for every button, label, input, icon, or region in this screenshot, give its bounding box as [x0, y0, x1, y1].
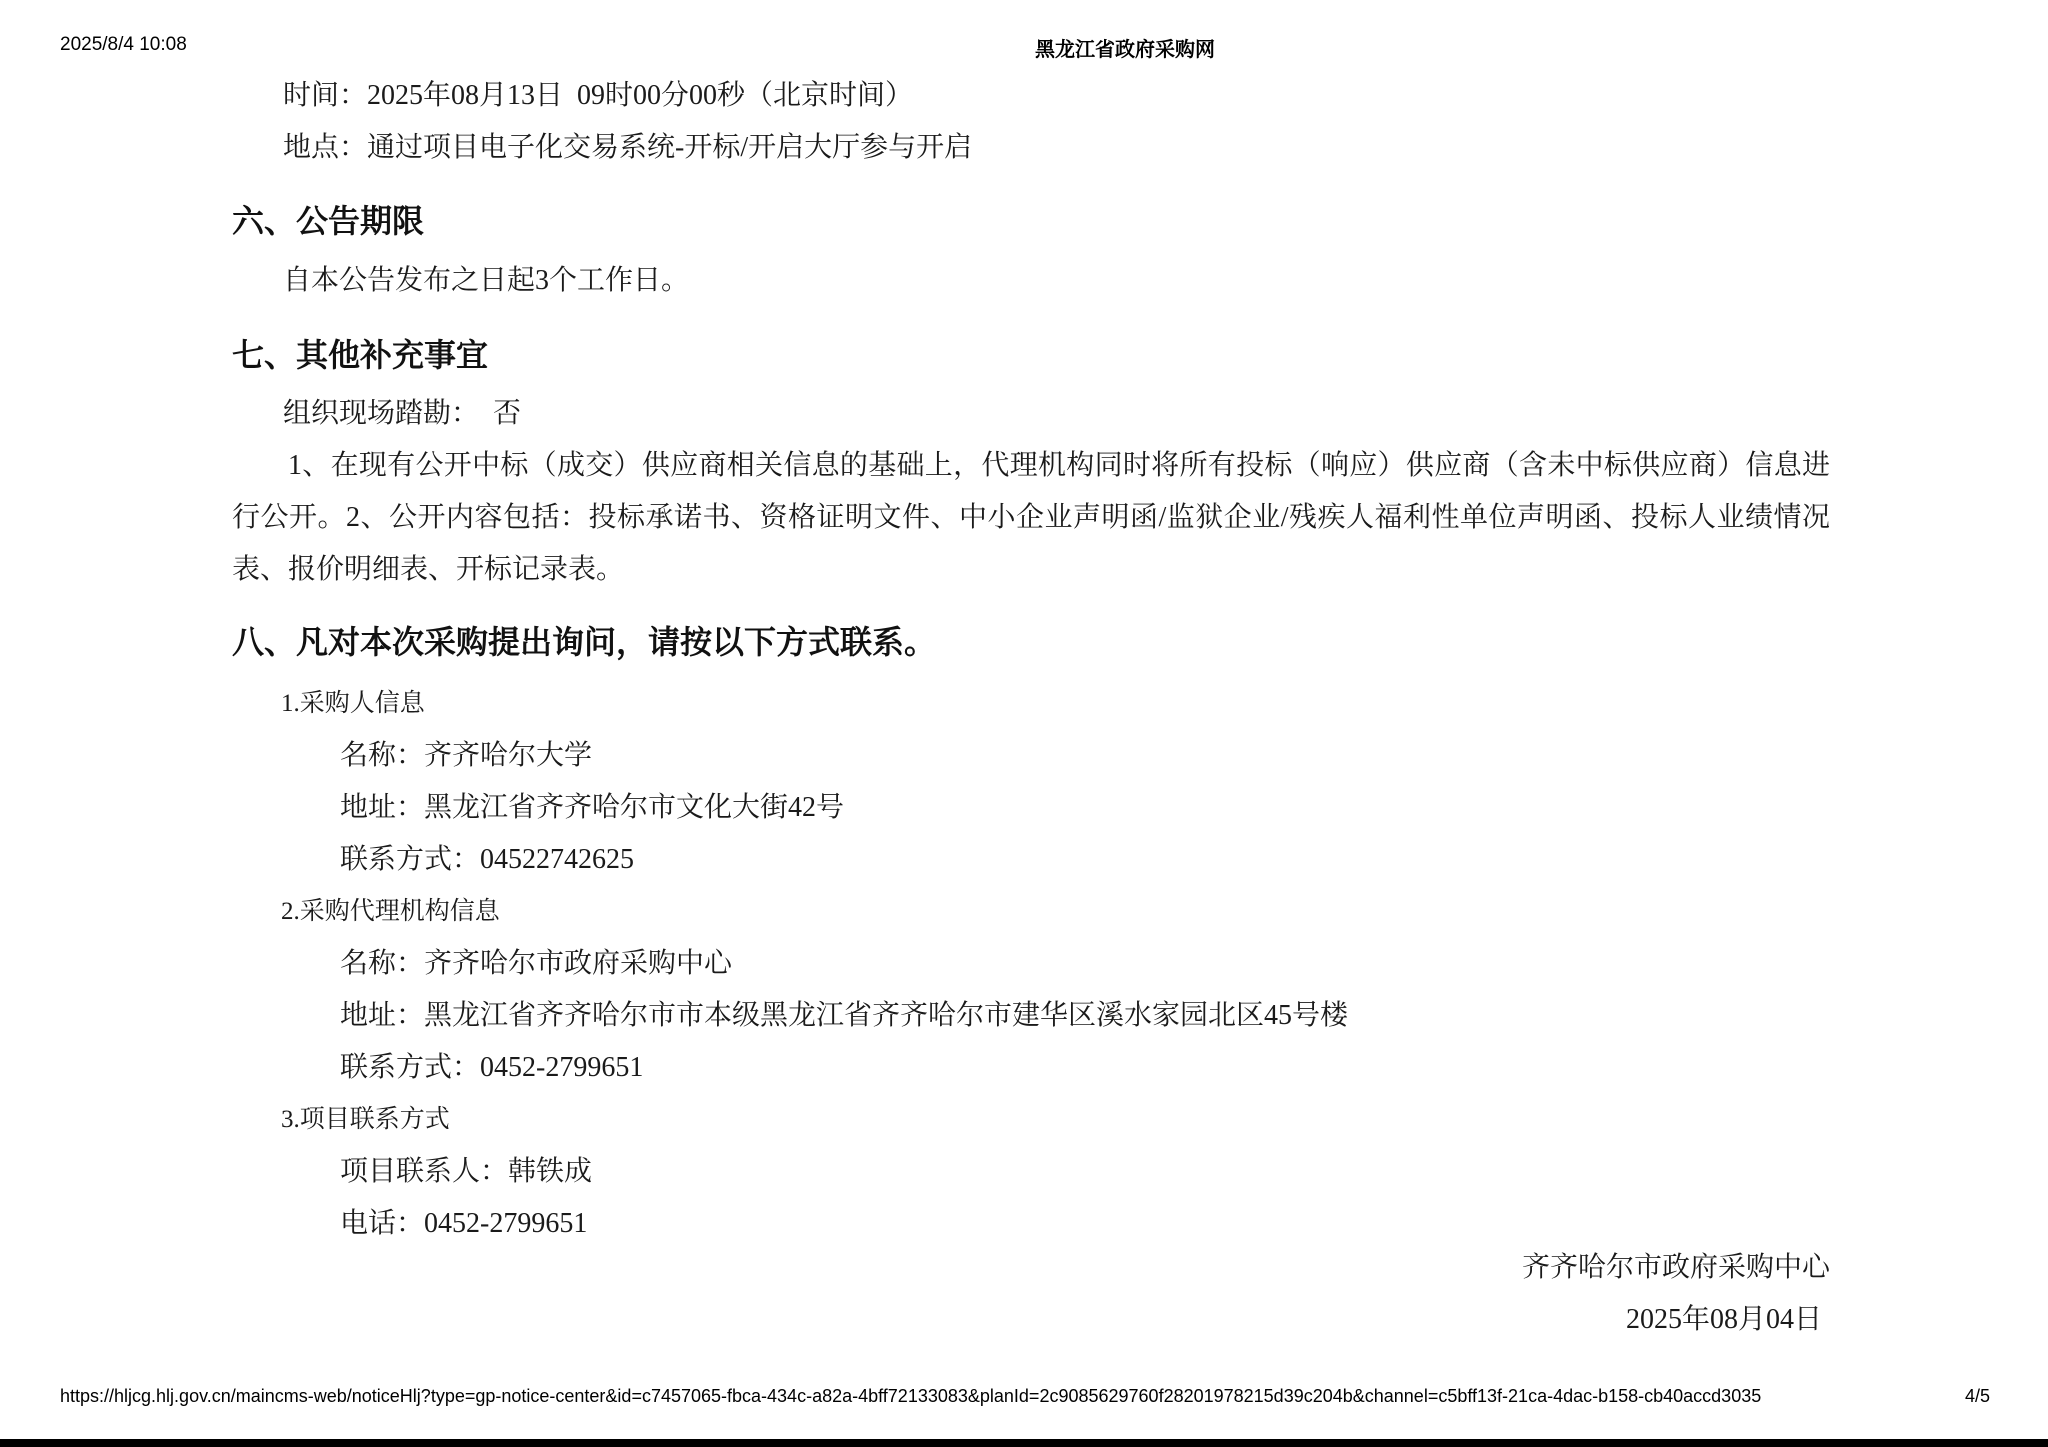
notice-document: 时间：2025年08月13日 09时00分00秒（北京时间） 地点：通过项目电子…	[232, 70, 1830, 1346]
signature-date: 2025年08月04日	[232, 1294, 1830, 1346]
opening-place-line: 地点：通过项目电子化交易系统-开标/开启大厅参与开启	[232, 122, 1830, 174]
signature-block: 齐齐哈尔市政府采购中心 2025年08月04日	[232, 1242, 1830, 1346]
section-heading-supplementary: 七、其他补充事宜	[232, 327, 1830, 383]
supplementary-paragraph: 1、在现有公开中标（成交）供应商相关信息的基础上，代理机构同时将所有投标（响应）…	[232, 440, 1830, 596]
agency-address-line: 地址：黑龙江省齐齐哈尔市市本级黑龙江省齐齐哈尔市建华区溪水家园北区45号楼	[232, 990, 1830, 1042]
section-heading-contact: 八、凡对本次采购提出询问，请按以下方式联系。	[232, 614, 1830, 670]
print-footer: https://hljcg.hlj.gov.cn/maincms-web/not…	[60, 1386, 1990, 1407]
print-preview-page: 2025/8/4 10:08 黑龙江省政府采购网 时间：2025年08月13日 …	[0, 0, 2048, 1447]
agency-phone-line: 联系方式：0452-2799651	[232, 1042, 1830, 1094]
print-datetime: 2025/8/4 10:08	[60, 34, 187, 56]
opening-time-line: 时间：2025年08月13日 09时00分00秒（北京时间）	[232, 70, 1830, 122]
purchaser-address-line: 地址：黑龙江省齐齐哈尔市文化大街42号	[232, 782, 1830, 834]
purchaser-name-line: 名称：齐齐哈尔大学	[232, 730, 1830, 782]
section-heading-announcement-period: 六、公告期限	[232, 193, 1830, 249]
print-site-title: 黑龙江省政府采购网	[1035, 33, 1215, 62]
project-contact-person-line: 项目联系人：韩铁成	[232, 1146, 1830, 1198]
agency-name-line: 名称：齐齐哈尔市政府采购中心	[232, 938, 1830, 990]
contact-group-purchaser-label: 1.采购人信息	[232, 678, 1830, 730]
contact-group-project-label: 3.项目联系方式	[232, 1094, 1830, 1146]
site-survey-line: 组织现场踏勘： 否	[232, 388, 1830, 440]
window-bottom-edge	[0, 1439, 2048, 1447]
announcement-period-text: 自本公告发布之日起3个工作日。	[232, 255, 1830, 307]
page-indicator: 4/5	[1935, 1386, 1990, 1407]
contact-group-agency-label: 2.采购代理机构信息	[232, 886, 1830, 938]
print-source-url: https://hljcg.hlj.gov.cn/maincms-web/not…	[60, 1386, 1761, 1407]
purchaser-phone-line: 联系方式：04522742625	[232, 834, 1830, 886]
